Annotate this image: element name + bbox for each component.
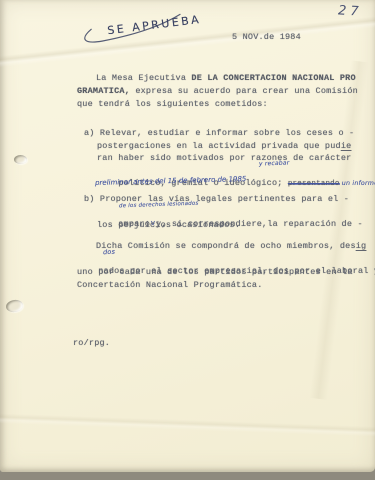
typed-line: Dicha Comisión se compondrá de ocho miem… <box>96 240 366 252</box>
page-number-handwritten: 27 <box>338 3 363 19</box>
handwritten-insertion: un informe de carácter <box>340 180 375 187</box>
punch-hole-icon <box>14 155 27 164</box>
typed-line: La Mesa Ejecutiva DE LA CONCERTACION NAC… <box>96 72 356 84</box>
paragraph1-line2-post: expresa su acuerdo para crear una Comisi… <box>130 86 358 96</box>
handwritten-insertion-above: dos <box>103 246 116 258</box>
paragraph1-line1-caps: DE LA CONCERTACION NACIONAL PRO <box>191 73 355 83</box>
typed-line: GRAMATICA, expresa su acuerdo para crear… <box>77 85 358 97</box>
item-a-line2-pre: postergaciones en la actividad privada q… <box>97 141 341 151</box>
typed-line: postergaciones en la actividad privada q… <box>97 140 351 152</box>
typed-line: uno por cada una de los partidos partici… <box>77 266 353 278</box>
paragraph1-line2-caps: GRAMATICA, <box>77 86 130 96</box>
typed-line: a) Relevar, estudiar e informar sobre lo… <box>84 127 354 139</box>
paragraph3-line1-pre: Dicha Comisión se compondrá de ocho miem… <box>96 241 356 251</box>
typed-date: 5 NOV.de 1984 <box>232 31 301 43</box>
item-a-line2-underlined: ie <box>341 141 352 151</box>
typed-line: los perjuicios ocasionados. <box>97 219 240 231</box>
typed-line: que tendrá los siguientes cometidos: <box>77 98 268 110</box>
paragraph1-line1-pre: La Mesa Ejecutiva <box>96 73 191 83</box>
scanned-document: SE APRUEBA 27 5 NOV.de 1984 La Mesa Ejec… <box>0 0 375 480</box>
paragraph3-line1-underlined: ig <box>356 241 367 251</box>
stamp-swoosh-icon <box>75 12 187 49</box>
handwritten-insertion-above: y recabar <box>259 157 290 170</box>
paper-crease <box>0 401 375 445</box>
typist-initials: ro/rpg. <box>73 337 110 349</box>
typed-line: ran haber sido motivados por razones de … <box>97 152 351 164</box>
struck-text: presentando <box>288 180 340 188</box>
typed-line: Concertación Nacional Programática. <box>77 279 263 291</box>
handwritten-insertion-above: de los derechos lesionados <box>119 198 199 213</box>
